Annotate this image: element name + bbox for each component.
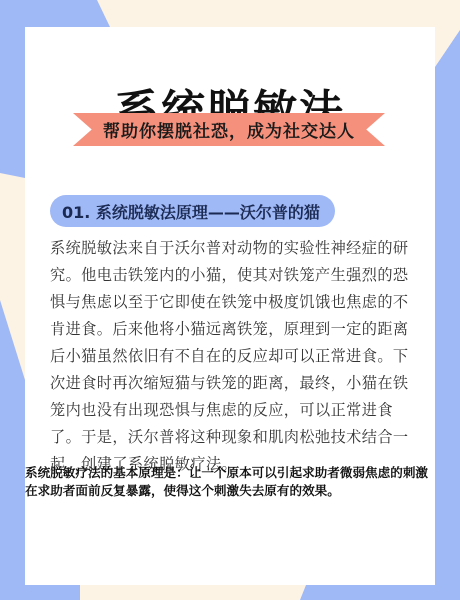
subtitle-ribbon: 帮助你摆脱社恐，成为社交达人 <box>73 113 385 146</box>
principle-note: 系统脱敏疗法的基本原理是：让一个原本可以引起求助者微弱焦虑的刺激在求助者面前反复… <box>25 464 437 500</box>
content-card: 系统脱敏法 帮助你摆脱社恐，成为社交达人 01. 系统脱敏法原理——沃尔普的猫 … <box>25 27 435 585</box>
background-shape-right <box>435 30 460 600</box>
subtitle-text: 帮助你摆脱社恐，成为社交达人 <box>103 117 355 142</box>
section-paragraph: 系统脱敏法来自于沃尔普对动物的实验性神经症的研究。他电击铁笼内的小猫，使其对铁笼… <box>50 235 412 478</box>
section-heading: 01. 系统脱敏法原理——沃尔普的猫 <box>62 200 320 223</box>
background-shape-bottom-right <box>300 585 460 600</box>
section-heading-pill: 01. 系统脱敏法原理——沃尔普的猫 <box>50 195 335 227</box>
